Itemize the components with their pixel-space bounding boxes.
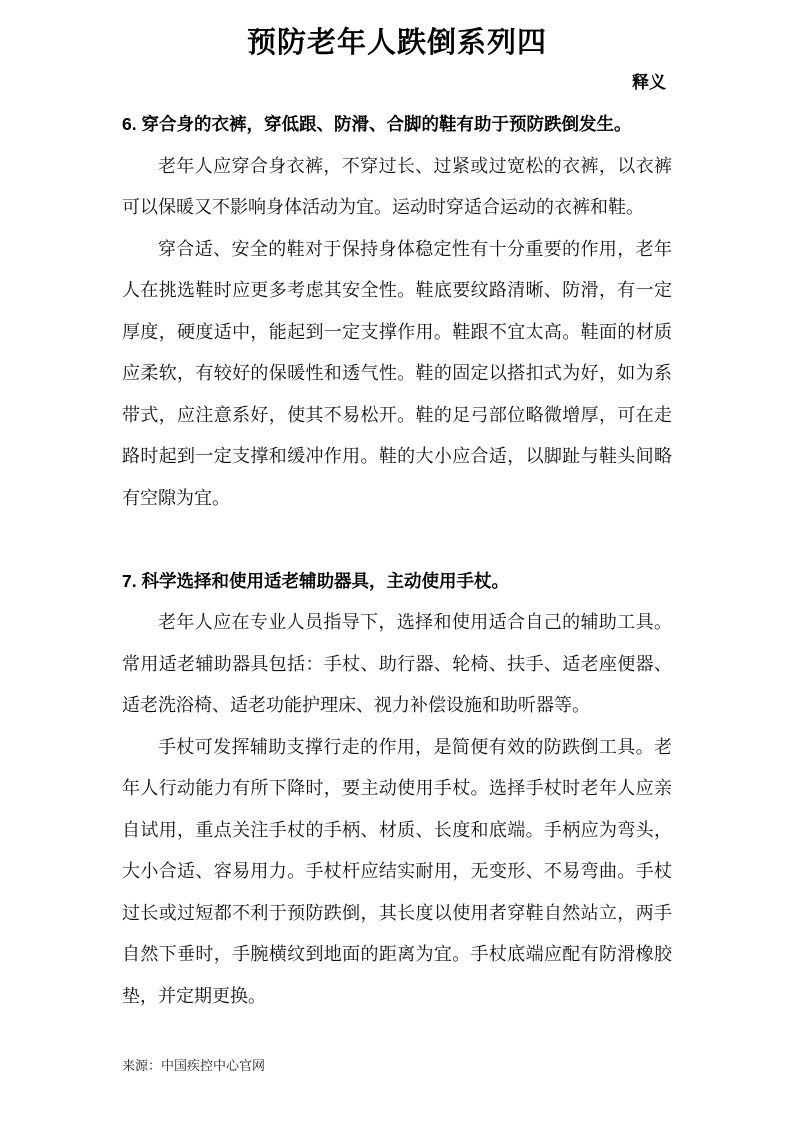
source-text: 来源：中国疾控中心官网	[122, 1057, 265, 1075]
page-title: 预防老年人跌倒系列四	[122, 24, 672, 62]
section-7-paragraph-1: 老年人应在专业人员指导下，选择和使用适合自己的辅助工具。常用适老辅助器具包括：手…	[122, 602, 672, 727]
blank-line-spacer	[122, 519, 672, 561]
document-page: 预防老年人跌倒系列四 释义 6. 穿合身的衣裤，穿低跟、防滑、合脚的鞋有助于预防…	[0, 0, 793, 1122]
section-7-heading: 7. 科学选择和使用适老辅助器具，主动使用手杖。	[122, 561, 672, 603]
section-6-heading: 6. 穿合身的衣裤，穿低跟、防滑、合脚的鞋有助于预防跌倒发生。	[122, 104, 672, 146]
document-content: 预防老年人跌倒系列四 释义 6. 穿合身的衣裤，穿低跟、防滑、合脚的鞋有助于预防…	[122, 24, 672, 1017]
section-6-paragraph-2: 穿合适、安全的鞋对于保持身体稳定性有十分重要的作用，老年人在挑选鞋时应更多考虑其…	[122, 229, 672, 520]
subtitle-label: 释义	[122, 62, 672, 104]
section-6-paragraph-1: 老年人应穿合身衣裤，不穿过长、过紧或过宽松的衣裤，以衣裤可以保暖又不影响身体活动…	[122, 146, 672, 229]
section-7-paragraph-2: 手杖可发挥辅助支撑行走的作用，是简便有效的防跌倒工具。老年人行动能力有所下降时，…	[122, 727, 672, 1018]
